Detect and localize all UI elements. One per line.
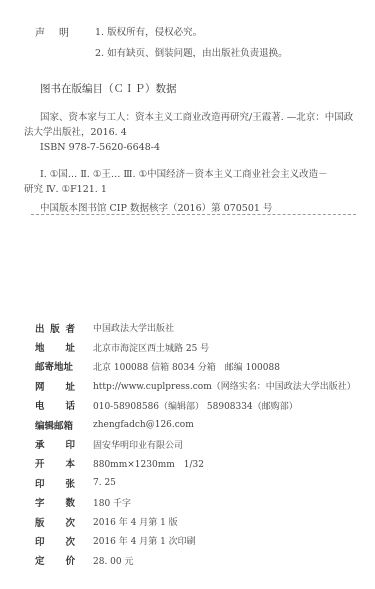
imprint-row-phone: 电话 010-58908586（编辑部） 58908334（邮购部） — [35, 396, 365, 415]
imprint-value: 北京 100088 信箱 8034 分箱 邮编 100088 — [93, 360, 280, 373]
imprint-label: 电话 — [35, 398, 75, 412]
imprint-label: 编辑邮箱 — [35, 418, 77, 432]
imprint-label: 定价 — [35, 553, 75, 567]
imprint-value: 180 千字 — [93, 496, 131, 509]
imprint-row-mailing-address: 邮寄地址 北京 100088 信箱 8034 分箱 邮编 100088 — [35, 357, 365, 376]
imprint-value-email-link[interactable]: zhengfadch@126.com — [93, 420, 194, 430]
imprint-label: 出版者 — [35, 321, 75, 335]
imprint-label: 印张 — [35, 476, 75, 490]
imprint-value-website-link[interactable]: http://www.cuplpress.com（网络实名：中国政法大学出版社） — [93, 379, 356, 392]
cip-record: 国家、资本家与工人：资本主义工商业改造再研究/王霞著. —北京：中国政 法大学出… — [24, 110, 354, 197]
cip-classification-line-1: Ⅰ. ①国… Ⅱ. ①王… Ⅲ. ①中国经济－资本主义工商业社会主义改造－ — [24, 167, 354, 182]
imprint-row-printing: 印次 2016 年 4 月第 1 次印刷 — [35, 531, 365, 550]
imprint-row-publisher: 出版者 中国政法大学出版社 — [35, 318, 365, 337]
imprint-table: 出版者 中国政法大学出版社 地址 北京市海淀区西土城路 25 号 邮寄地址 北京… — [35, 318, 365, 570]
statement-item-copyright: 1. 版权所有，侵权必究。 — [95, 24, 202, 38]
cip-verification-number: 中国版本图书馆 CIP 数据核字（2016）第 070501 号 — [40, 200, 272, 214]
cip-entry-line-2: 法大学出版社，2016. 4 — [24, 125, 354, 140]
imprint-value: 北京市海淀区西土城路 25 号 — [93, 341, 209, 354]
imprint-row-sheets: 印张 7. 25 — [35, 473, 365, 492]
imprint-value: 中国政法大学出版社 — [93, 321, 174, 334]
cip-classification-line-2: 研究 Ⅳ. ①F121. 1 — [24, 182, 354, 197]
imprint-row-website: 网址 http://www.cuplpress.com（网络实名：中国政法大学出… — [35, 376, 365, 395]
imprint-value: 固安华明印业有限公司 — [93, 438, 183, 451]
dashed-divider — [31, 214, 356, 215]
imprint-value: 880mm×1230mm 1/32 — [93, 457, 204, 470]
imprint-row-word-count: 字数 180 千字 — [35, 493, 365, 512]
imprint-value: 7. 25 — [93, 478, 116, 488]
imprint-row-price: 定价 28. 00 元 — [35, 551, 365, 570]
imprint-value: 2016 年 4 月第 1 次印刷 — [93, 534, 196, 547]
imprint-value: 28. 00 元 — [93, 554, 134, 567]
statement-label: 声明 — [35, 24, 83, 39]
statement-item-replacement: 2. 如有缺页、倒装问题，由出版社负责退换。 — [95, 45, 288, 59]
imprint-row-email: 编辑邮箱 zhengfadch@126.com — [35, 415, 365, 434]
cip-entry-line-1: 国家、资本家与工人：资本主义工商业改造再研究/王霞著. —北京：中国政 — [24, 110, 354, 125]
imprint-label: 字数 — [35, 495, 75, 509]
imprint-label: 地址 — [35, 340, 75, 354]
cip-isbn: ISBN 978-7-5620-6648-4 — [24, 140, 354, 155]
imprint-label: 承印 — [35, 437, 75, 451]
imprint-row-format: 开本 880mm×1230mm 1/32 — [35, 454, 365, 473]
imprint-row-printer: 承印 固安华明印业有限公司 — [35, 434, 365, 453]
imprint-label: 开本 — [35, 456, 75, 470]
imprint-value: 2016 年 4 月第 1 版 — [93, 515, 178, 528]
imprint-label: 邮寄地址 — [35, 359, 77, 373]
imprint-row-edition: 版次 2016 年 4 月第 1 版 — [35, 512, 365, 531]
imprint-row-address: 地址 北京市海淀区西土城路 25 号 — [35, 337, 365, 356]
imprint-label: 版次 — [35, 515, 75, 529]
cip-title: 图书在版编目（ＣＩＰ）数据 — [40, 81, 177, 96]
imprint-value: 010-58908586（编辑部） 58908334（邮购部） — [93, 399, 298, 412]
imprint-label: 网址 — [35, 379, 75, 393]
imprint-label: 印次 — [35, 534, 75, 548]
